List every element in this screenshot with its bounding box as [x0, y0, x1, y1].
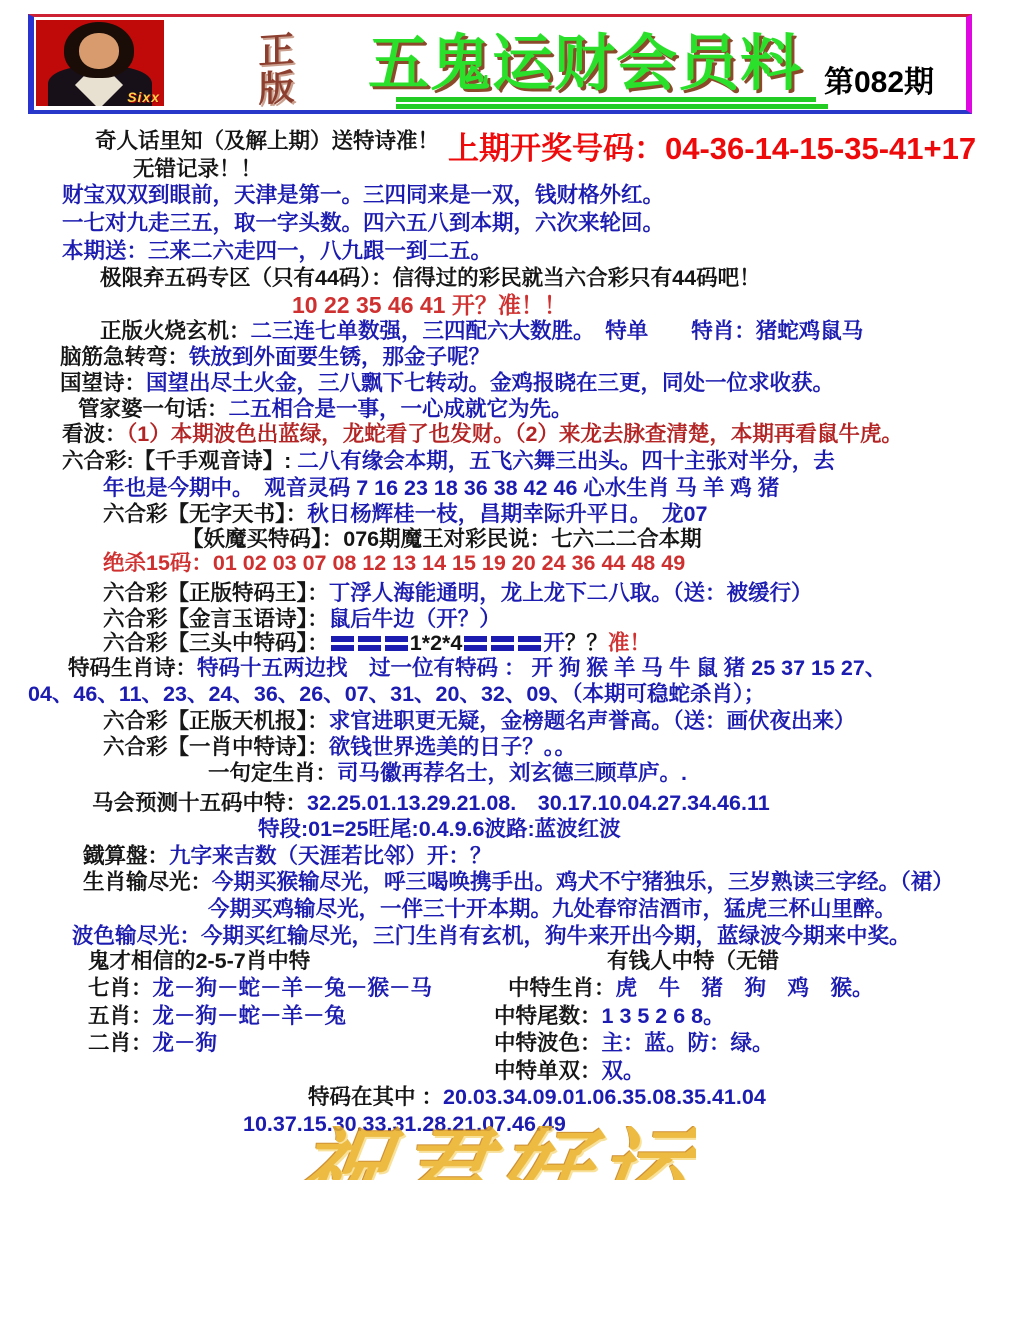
- yaomo-techema-seg-0: 【妖魔买特码】：076期魔王对彩民说：七六二二合本期: [182, 527, 702, 551]
- zhongte-shengxiao: 中特生肖：虎 牛 猪 狗 鸡 猴。: [508, 977, 874, 1000]
- tianji-bao: 六合彩【正版天机报】：求官进职更无疑，金榜题名声誉高。（送：画伏夜出来）: [103, 710, 856, 733]
- tema-zaiqizhong-2-seg-0: 10.37.15.30.33.31.28.21.07.46.49: [243, 1112, 566, 1136]
- tema-shengxiao-1: 特码生肖诗：特码十五两边找 过一位有特码 ： 开 狗 猴 羊 马 牛 鼠 猪 2…: [68, 657, 886, 680]
- zhongte-weishu-seg-1: 1 3 5 2 6 8。: [602, 1004, 725, 1028]
- tianji-bao-seg-1: 求官进职更无疑，金榜题名声誉高。（送：画伏夜出来）: [329, 709, 856, 733]
- guicai-257-seg-0: 鬼才相信的2-5-7肖中特: [88, 949, 310, 973]
- jinyan-yuyu-seg-1: 鼠后牛边（开？）: [329, 607, 501, 631]
- shengxiao-shujinguang-1-seg-1: 今期买猴输尽光，呼三喝唤携手出。鸡犬不宁猪独乐，三岁熟读三字经。（裙）: [212, 870, 954, 894]
- tema-shengxiao-1-seg-1: 特码十五两边找 过一位有特码 ： 开 狗 猴 羊 马 牛 鼠 猪 25 37 1…: [197, 656, 886, 680]
- teduan-line-seg-0: 特段:01=25旺尾:0.4.9.6波路:蓝波红波: [258, 817, 621, 841]
- santou-zhongtema-seg-4: 开: [543, 631, 565, 655]
- bose-shujinguang-seg-0: 波色输尽光：今期买红输尽光，三门生肖有玄机，狗牛来开出今期，蓝绿波今期来中奖。: [72, 924, 911, 948]
- qixiao-seg-0: 七肖：: [88, 976, 153, 1000]
- limit-44-numbers-seg-0: 10 22 35 46 41 开？准！！: [292, 292, 567, 318]
- zhongte-bose-seg-1: 主：蓝。防：绿。: [602, 1031, 774, 1055]
- brain-teaser: 脑筋急转弯：铁放到外面要生锈，那金子呢？: [60, 346, 490, 369]
- juesha-15-seg-0: 绝杀15码：01 02 03 07 08 12 13 14 15 19 20 2…: [103, 551, 685, 575]
- zhongte-danshuang-seg-0: 中特单双：: [494, 1059, 602, 1083]
- tema-zaiqizhong-1-seg-1: 20.03.34.09.01.06.35.08.35.41.04: [443, 1085, 766, 1109]
- zhongte-shengxiao-seg-1: 虎 牛 猪 狗 鸡 猴。: [616, 976, 874, 1000]
- wuzi-tianshu-seg-1: 秋日杨辉桂一枝，昌期幸际升平日。 龙07: [307, 502, 707, 526]
- yiju-shengxiao-seg-1: 司马徽再荐名士，刘玄德三顾草庐。.: [337, 761, 687, 785]
- zhongte-bose-seg-0: 中特波色：: [494, 1031, 602, 1055]
- kanbo-line-seg-1: （1）本期波色出蓝绿，龙蛇看了也发财。（2）来龙去脉查清楚，本期再看鼠牛虎。: [127, 422, 903, 446]
- tema-zaiqizhong-1: 特码在其中 ：20.03.34.09.01.06.35.08.35.41.04: [308, 1086, 766, 1109]
- yiju-shengxiao-seg-0: 一句定生肖：: [208, 761, 337, 785]
- poem-line-3-seg-0: 本期送：三来二六走四一，八九跟一到二五。: [62, 239, 492, 263]
- shengxiao-shujinguang-2-seg-0: 今期买鸡输尽光，一伴三十开本期。九处春帘洁酒市，猛虎三杯山里醉。: [208, 897, 896, 921]
- yiju-shengxiao: 一句定生肖：司马徽再荐名士，刘玄德三顾草庐。.: [208, 762, 687, 785]
- zhongte-bose: 中特波色：主：蓝。防：绿。: [494, 1032, 774, 1055]
- zhongte-danshuang-seg-1: 双。: [602, 1059, 645, 1083]
- poem-line-2-seg-0: 一七对九走三五，取一字头数。四六五八到本期，六次来轮回。: [62, 211, 664, 235]
- qianshou-guanyin-1-seg-0: 六合彩:【千手观音诗】:: [62, 449, 297, 473]
- tema-zaiqizhong-2: 10.37.15.30.33.31.28.21.07.46.49: [243, 1113, 566, 1136]
- guowang-poem: 国望诗：国望出尽土火金，三八飘下七转动。金鸡报晓在三更，同处一位求收获。: [60, 372, 834, 395]
- brain-teaser-seg-1: 铁放到外面要生锈，那金子呢？: [189, 345, 490, 369]
- guanjiapo-line: 管家婆一句话：二五相合是一事，一心成就它为先。: [78, 398, 573, 421]
- zhongte-danshuang: 中特单双：双。: [494, 1060, 645, 1083]
- zhongte-weishu: 中特尾数：1 3 5 2 6 8。: [494, 1005, 725, 1028]
- shengxiao-shujinguang-1: 生肖输尽光：今期买猴输尽光，呼三喝唤携手出。鸡犬不宁猪独乐，三岁熟读三字经。（裙…: [83, 871, 954, 894]
- tema-shengxiao-1-seg-0: 特码生肖诗：: [68, 656, 197, 680]
- tianji-bao-seg-0: 六合彩【正版天机报】：: [103, 709, 329, 733]
- teduan-line: 特段:01=25旺尾:0.4.9.6波路:蓝波红波: [258, 818, 621, 841]
- tiesuanpan: 鐡算盤：九字来吉数（天涯若比邻）开：？: [83, 845, 492, 868]
- santou-zhongtema: 六合彩【三头中特码】：1*2*4开？？准！: [103, 632, 651, 655]
- wuxiao-seg-1: 龙－狗－蛇－羊－兔: [153, 1004, 347, 1028]
- huoshao-xuanji-seg-1: 二三连七单数强，三四配六大数胜。 特单 特肖：猪蛇鸡鼠马: [251, 319, 864, 343]
- flyer-page: Sixx 正版 五鬼运财会员料 第082期 奇人话里知（及解上期）送特诗准！上期…: [0, 0, 1012, 1321]
- prev-draw-result-seg-0: 上期开奖号码：04-36-14-15-35-41+17: [448, 131, 976, 166]
- shengxiao-shujinguang-1-seg-0: 生肖输尽光：: [83, 870, 212, 894]
- techema-wang: 六合彩【正版特码王】：丁浮人海能通明，龙上龙下二八取。（送：被缓行）: [103, 582, 813, 605]
- qixiao: 七肖：龙－狗－蛇－羊－兔－猴－马: [88, 977, 432, 1000]
- guowang-poem-seg-1: 国望出尽土火金，三八飘下七转动。金鸡报晓在三更，同处一位求收获。: [146, 371, 834, 395]
- intro-line-2-seg-0: 无错记录！！: [133, 157, 262, 181]
- intro-line-2: 无错记录！！: [133, 158, 262, 181]
- mahui-15-zhongte-seg-0: 马会预测十五码中特：: [92, 791, 307, 815]
- title-underline-1: [396, 97, 816, 102]
- poem-line-1-seg-0: 财宝双双到眼前，天津是第一。三四同来是一双，钱财格外红。: [62, 183, 664, 207]
- limit-44-numbers: 10 22 35 46 41 开？准！！: [292, 293, 567, 317]
- tiesuanpan-seg-1: 九字来吉数（天涯若比邻）开：？: [169, 844, 492, 868]
- mahui-15-zhongte: 马会预测十五码中特：32.25.01.13.29.21.08. 30.17.10…: [92, 792, 770, 815]
- redacted-bars: [329, 631, 410, 655]
- wuzi-tianshu-seg-0: 六合彩【无字天书】：: [103, 502, 307, 526]
- santou-zhongtema-seg-5: ？？: [565, 631, 608, 655]
- tema-shengxiao-2-seg-0: 04、46、11、23、24、36、26、07、31、20、32、09、（本期可…: [28, 682, 765, 706]
- prev-draw-result: 上期开奖号码：04-36-14-15-35-41+17: [448, 133, 976, 166]
- yixiao-zhongte: 六合彩【一肖中特诗】：欲钱世界选美的日子？。。: [103, 736, 576, 759]
- masthead-title: 五鬼运财会员料: [368, 33, 802, 94]
- techema-wang-seg-0: 六合彩【正版特码王】：: [103, 581, 329, 605]
- limit-44-note-seg-0: 极限弃五码专区（只有44码）：信得过的彩民就当六合彩只有44码吧！: [100, 266, 761, 290]
- bose-shujinguang: 波色输尽光：今期买红输尽光，三门生肖有玄机，狗牛来开出今期，蓝绿波今期来中奖。: [72, 925, 911, 948]
- zhongte-shengxiao-seg-0: 中特生肖：: [508, 976, 616, 1000]
- poem-line-2: 一七对九走三五，取一字头数。四六五八到本期，六次来轮回。: [62, 212, 664, 235]
- erxiao: 二肖：龙－狗: [88, 1032, 217, 1055]
- santou-zhongtema-seg-6: 准！: [608, 631, 651, 655]
- brain-teaser-seg-0: 脑筋急转弯：: [60, 345, 189, 369]
- header-banner: Sixx 正版 五鬼运财会员料 第082期: [28, 14, 972, 114]
- youqianren-header: 有钱人中特（无错: [607, 950, 779, 973]
- youqianren-header-seg-0: 有钱人中特（无错: [607, 949, 779, 973]
- kanbo-line-seg-0: 看波：: [62, 422, 127, 446]
- poem-line-1: 财宝双双到眼前，天津是第一。三四同来是一双，钱财格外红。: [62, 184, 664, 207]
- guicai-257: 鬼才相信的2-5-7肖中特: [88, 950, 310, 973]
- yaomo-techema: 【妖魔买特码】：076期魔王对彩民说：七六二二合本期: [182, 528, 702, 551]
- yixiao-zhongte-seg-0: 六合彩【一肖中特诗】：: [103, 735, 329, 759]
- qianshou-guanyin-1: 六合彩:【千手观音诗】: 二八有缘会本期，五飞六舞三出头。四十主张对半分，去: [62, 450, 835, 473]
- photo-face: [79, 33, 119, 69]
- poem-line-3: 本期送：三来二六走四一，八九跟一到二五。: [62, 240, 492, 263]
- wuxiao: 五肖：龙－狗－蛇－羊－兔: [88, 1005, 346, 1028]
- intro-line-1: 奇人话里知（及解上期）送特诗准！: [95, 130, 439, 153]
- edition-label: 正版: [256, 30, 292, 109]
- qixiao-seg-1: 龙－狗－蛇－羊－兔－猴－马: [153, 976, 433, 1000]
- guanjiapo-line-seg-0: 管家婆一句话：: [78, 397, 229, 421]
- santou-zhongtema-seg-2: 1*2*4: [410, 631, 463, 655]
- juesha-15: 绝杀15码：01 02 03 07 08 12 13 14 15 19 20 2…: [103, 552, 685, 575]
- yixiao-zhongte-seg-1: 欲钱世界选美的日子？。。: [329, 735, 576, 759]
- erxiao-seg-1: 龙－狗: [153, 1031, 218, 1055]
- huoshao-xuanji: 正版火烧玄机：二三连七单数强，三四配六大数胜。 特单 特肖：猪蛇鸡鼠马: [100, 320, 863, 343]
- santou-zhongtema-seg-0: 六合彩【三头中特码】：: [103, 631, 329, 655]
- issue-number: 第082期: [824, 57, 934, 101]
- wuxiao-seg-0: 五肖：: [88, 1004, 153, 1028]
- photo-caption: Sixx: [127, 89, 160, 105]
- wuzi-tianshu: 六合彩【无字天书】：秋日杨辉桂一枝，昌期幸际升平日。 龙07: [103, 503, 707, 526]
- jinyan-yuyu: 六合彩【金言玉语诗】：鼠后牛边（开？）: [103, 608, 501, 631]
- qianshou-guanyin-2-seg-0: 年也是今期中。 观音灵码 7 16 23 18 36 38 42 46 心水生肖…: [103, 476, 779, 500]
- intro-line-1-seg-0: 奇人话里知（及解上期）送特诗准！: [95, 129, 439, 153]
- jinyan-yuyu-seg-0: 六合彩【金言玉语诗】：: [103, 607, 329, 631]
- guowang-poem-seg-0: 国望诗：: [60, 371, 146, 395]
- qianshou-guanyin-2: 年也是今期中。 观音灵码 7 16 23 18 36 38 42 46 心水生肖…: [103, 477, 779, 500]
- zhongte-weishu-seg-0: 中特尾数：: [494, 1004, 602, 1028]
- tema-shengxiao-2: 04、46、11、23、24、36、26、07、31、20、32、09、（本期可…: [28, 683, 765, 706]
- guanjiapo-line-seg-1: 二五相合是一事，一心成就它为先。: [229, 397, 573, 421]
- masthead-photo: Sixx: [36, 20, 164, 106]
- qianshou-guanyin-1-seg-1: 二八有缘会本期，五飞六舞三出头。四十主张对半分，去: [297, 449, 835, 473]
- mahui-15-zhongte-seg-1: 32.25.01.13.29.21.08. 30.17.10.04.27.34.…: [307, 791, 770, 815]
- redacted-bars: [462, 631, 543, 655]
- shengxiao-shujinguang-2: 今期买鸡输尽光，一伴三十开本期。九处春帘洁酒市，猛虎三杯山里醉。: [208, 898, 896, 921]
- erxiao-seg-0: 二肖：: [88, 1031, 153, 1055]
- title-underline-2: [396, 104, 828, 109]
- huoshao-xuanji-seg-0: 正版火烧玄机：: [100, 319, 251, 343]
- tema-zaiqizhong-1-seg-0: 特码在其中 ：: [308, 1085, 443, 1109]
- kanbo-line: 看波：（1）本期波色出蓝绿，龙蛇看了也发财。（2）来龙去脉查清楚，本期再看鼠牛虎…: [62, 423, 903, 446]
- tiesuanpan-seg-0: 鐡算盤：: [83, 844, 169, 868]
- techema-wang-seg-1: 丁浮人海能通明，龙上龙下二八取。（送：被缓行）: [329, 581, 813, 605]
- limit-44-note: 极限弃五码专区（只有44码）：信得过的彩民就当六合彩只有44码吧！: [100, 267, 761, 290]
